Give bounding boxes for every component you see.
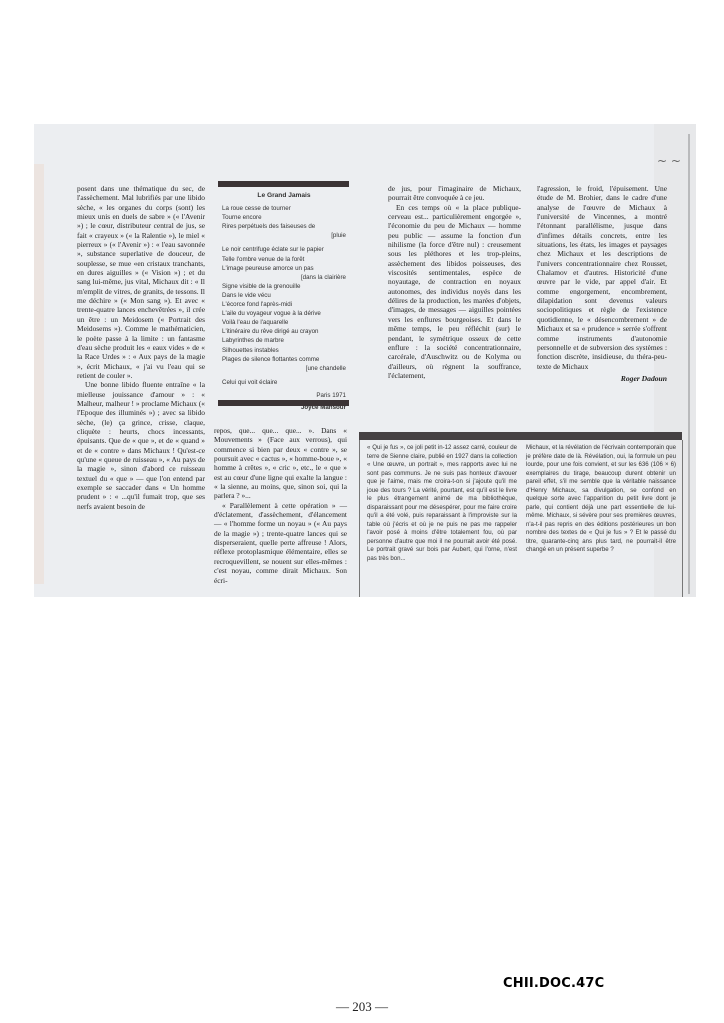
box-paragraph: « Qui je fus », ce joli petit in-12 asse… (367, 444, 517, 563)
article-column-1: posent dans une thématique du sec, de l'… (77, 184, 205, 511)
poem-line: Signe visible de la grenouille (222, 282, 346, 291)
article-column-4: l'agression, le froid, l'épuisement. Une… (537, 184, 667, 383)
article-column-2: repos, que... que... que... ». Dans « Mo… (214, 426, 347, 585)
article-signature: Roger Dadoun (537, 374, 667, 383)
paragraph: « Parallèlement à cette opération » — d'… (214, 501, 347, 585)
poem-line-continuation: [dans la clairière (222, 273, 346, 282)
poem-line: Labyrinthes de marbre (222, 336, 346, 345)
poem-line: Le noir centrifuge éclate sur le papier (222, 245, 346, 254)
poem-line: L'itinéraire du rêve dirigé au crayon (222, 327, 346, 336)
sidebar-box-qui-je-fus: « Qui je fus », ce joli petit in-12 asse… (359, 440, 683, 597)
clipping-edge (688, 134, 690, 594)
clipping-shadow-left (34, 164, 44, 584)
poem-place-date: Paris 1971 (222, 391, 346, 400)
paragraph: Une bonne libido fluente entraîne « la m… (77, 380, 205, 511)
poem-line: Tourne encore (222, 213, 346, 222)
paragraph: repos, que... que... que... ». Dans « Mo… (214, 426, 347, 501)
box-column-2: Michaux, et la révélation de l'écrivain … (526, 444, 676, 555)
poem-line: Rires perpétuels des faiseuses de (222, 222, 346, 231)
box-column-1: « Qui je fus », ce joli petit in-12 asse… (367, 444, 517, 563)
poem-line: Voilà l'eau de l'aquarelle (222, 318, 346, 327)
poem-line: L'aile du voyageur vogue à la dérive (222, 309, 346, 318)
poem-line: Silhouettes instables (222, 346, 346, 355)
poem-line: L'image peureuse amorce un pas (222, 264, 346, 273)
box-paragraph: Michaux, et la révélation de l'écrivain … (526, 444, 676, 555)
poem-line-continuation: [une chandelle (222, 364, 346, 373)
paragraph: En ces temps où « la place publique-cerv… (388, 203, 521, 381)
page-number: — 203 — (0, 999, 724, 1015)
paragraph: l'agression, le froid, l'épuisement. Une… (537, 184, 667, 371)
poem-top-rule (218, 181, 349, 187)
scan-mark: ~ ~ (657, 154, 681, 168)
poem-lines: La roue cesse de tournerTourne encoreRir… (222, 204, 346, 387)
poem-line: L'écorce fond l'après-midi (222, 300, 346, 309)
article-column-3: de jus, pour l'imaginaire de Michaux, po… (388, 184, 521, 380)
paragraph: de jus, pour l'imaginaire de Michaux, po… (388, 184, 521, 203)
poem-line: Telle l'ombre venue de la forêt (222, 255, 346, 264)
poem-line: Plages de silence flottantes comme (222, 355, 346, 364)
poem-title: Le Grand Jamais (222, 191, 346, 200)
paragraph: posent dans une thématique du sec, de l'… (77, 184, 205, 380)
poem-line: La roue cesse de tourner (222, 204, 346, 213)
poem-le-grand-jamais: Le Grand Jamais La roue cesse de tourner… (222, 190, 346, 412)
newspaper-clipping: ~ ~ posent dans une thématique du sec, d… (34, 124, 696, 597)
poem-line-continuation: [pluie (222, 231, 346, 240)
document-reference: CHII.DOC.47C (503, 976, 604, 991)
poem-line: Dans le vide vécu (222, 291, 346, 300)
poem-bottom-rule (218, 400, 349, 406)
poem-line: Celui qui voit éclaire (222, 378, 346, 387)
box-top-rule (359, 432, 682, 440)
